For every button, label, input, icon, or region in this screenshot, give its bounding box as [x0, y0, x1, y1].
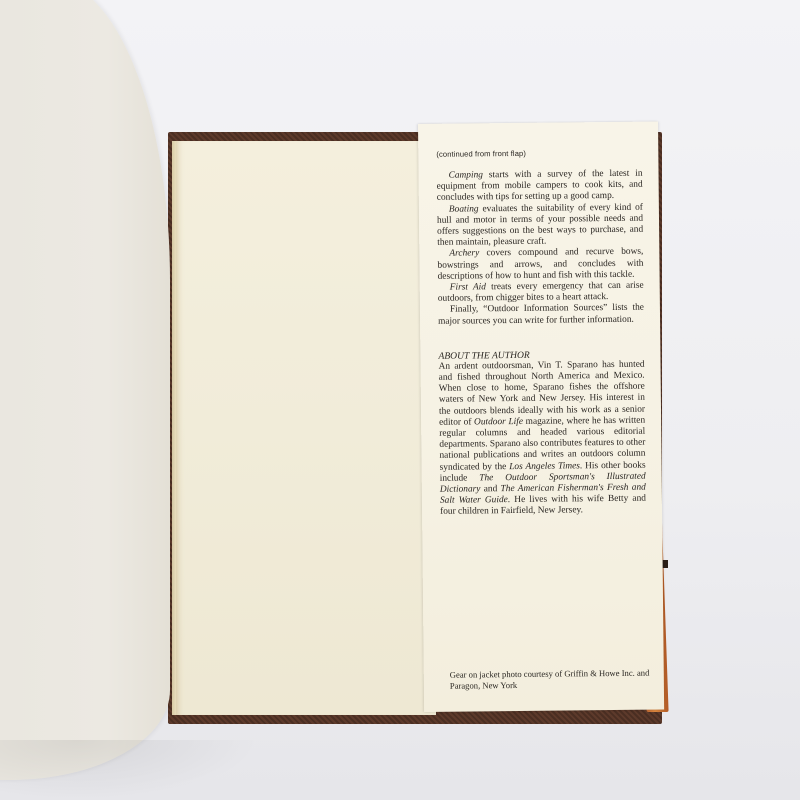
about-text: and [480, 484, 500, 494]
paragraph-text: Finally, “Outdoor Information Sources” l… [438, 303, 644, 326]
flap-text: (continued from front flap) Camping star… [436, 148, 646, 519]
paragraph-sources: Finally, “Outdoor Information Sources” l… [438, 303, 644, 328]
endpaper [176, 141, 436, 715]
paragraph-archery: Archery covers compound and recurve bows… [437, 247, 643, 283]
photo-credit: Gear on jacket photo courtesy of Griffin… [450, 668, 650, 691]
lead-word: Boating [449, 204, 479, 214]
paragraph-camping: Camping starts with a survey of the late… [436, 169, 642, 205]
lead-word: Archery [449, 249, 479, 259]
jacket-flap: (continued from front flap) Camping star… [418, 121, 664, 711]
paragraph-boating: Boating evaluates the suitability of eve… [437, 202, 643, 249]
about-author-text: An ardent outdoorsman, Vin T. Sparano ha… [438, 359, 646, 518]
magazine-title: Outdoor Life [474, 417, 523, 428]
lead-word: First Aid [450, 282, 486, 292]
lead-word: Camping [448, 170, 482, 180]
page-shadow [0, 740, 260, 800]
book-photo: (continued from front flap) Camping star… [0, 0, 800, 800]
paragraph-first-aid: First Aid treats every emergency that ca… [438, 281, 644, 306]
curled-page [0, 0, 170, 780]
newspaper-title: Los Angeles Times [509, 461, 580, 472]
continued-note: (continued from front flap) [436, 148, 642, 159]
